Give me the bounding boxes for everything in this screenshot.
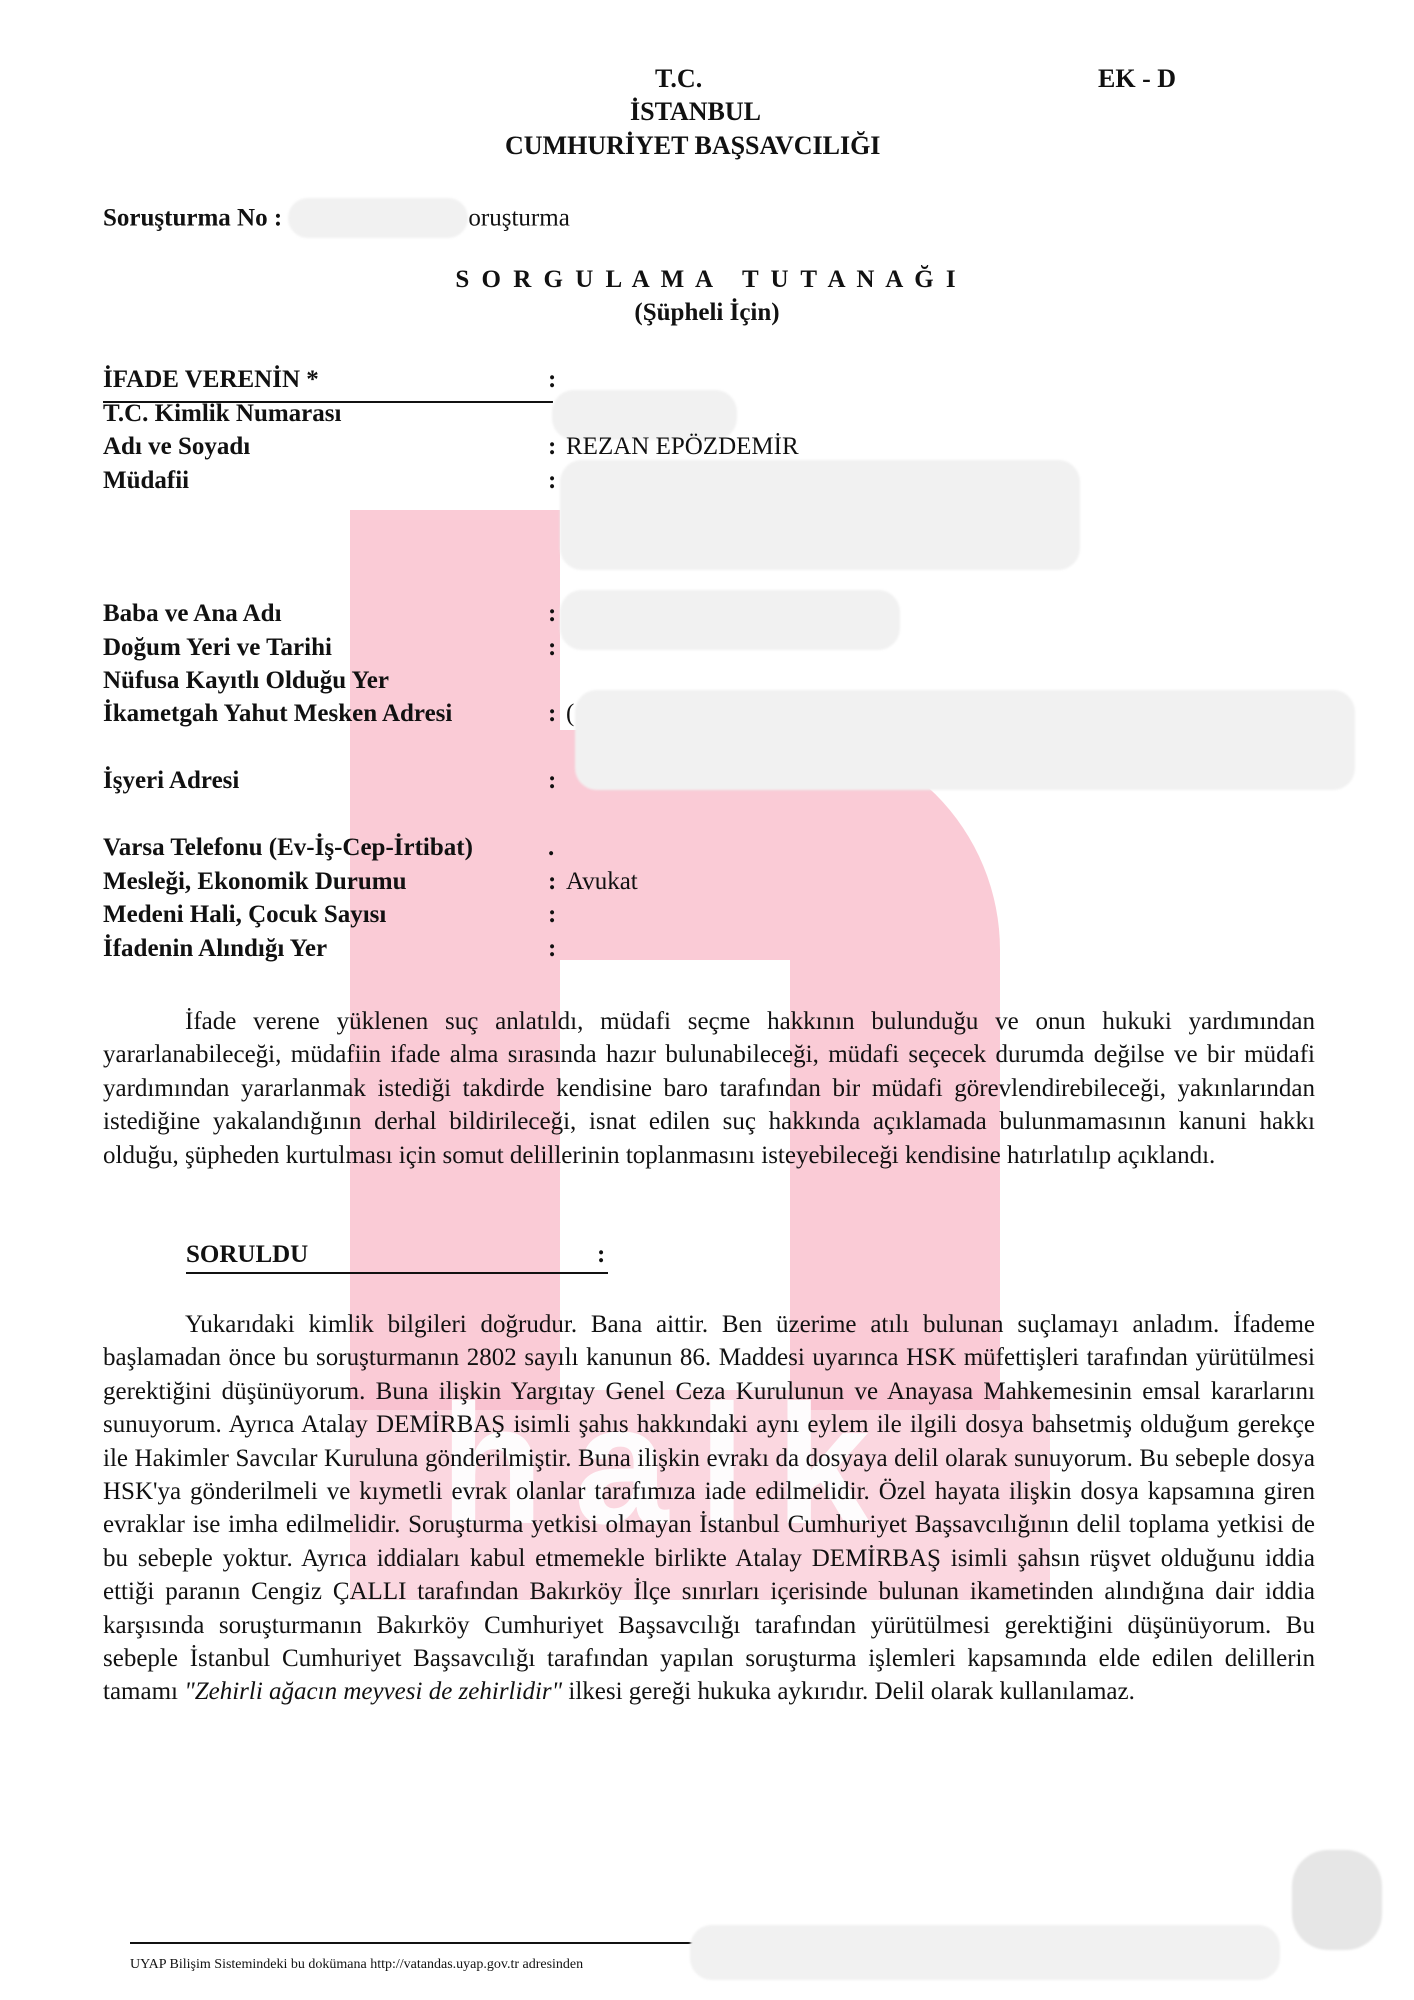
- asked-label: SORULDU: [186, 1241, 308, 1269]
- field-sep-statement-giver: :: [548, 366, 556, 394]
- header-office: CUMHURİYET BAŞSAVCILIĞI: [505, 131, 880, 161]
- field-label-defense-counsel: Müdafii: [103, 467, 189, 495]
- document-title: S O R G U L A M A T U T A N A Ğ I: [0, 266, 1414, 294]
- asked-sep: :: [597, 1241, 605, 1269]
- field-label-statement-place: İfadenin Alındığı Yer: [103, 935, 327, 963]
- field-label-parents: Baba ve Ana Adı: [103, 600, 282, 628]
- field-label-statement-giver: İFADE VERENİN *: [103, 366, 319, 394]
- field-sep-name: :: [548, 433, 556, 461]
- investigation-label: Soruşturma No :: [103, 205, 282, 232]
- redacted-corner-mark: [1292, 1850, 1382, 1950]
- statement-quote: "Zehirli ağacın meyvesi de zehirlidir": [184, 1678, 562, 1705]
- field-value-occupation: Avukat: [566, 868, 638, 896]
- redacted-footer: [690, 1925, 1280, 1980]
- redacted-investigation-no: [288, 198, 468, 238]
- field-label-workplace: İşyeri Adresi: [103, 767, 239, 795]
- footer-text: UYAP Bilişim Sistemindeki bu dokümana ht…: [130, 1957, 583, 1973]
- field-label-residence: İkametgah Yahut Mesken Adresi: [103, 700, 452, 728]
- asked-underline: [186, 1272, 608, 1274]
- statement-text: Yukarıdaki kimlik bilgileri doğrudur. Ba…: [103, 1311, 1315, 1705]
- field-sep-parents: :: [548, 600, 556, 628]
- field-sep-phone: .: [548, 834, 554, 862]
- annex-label: EK - D: [1098, 64, 1176, 94]
- field-sep-residence: :: [548, 700, 556, 728]
- statement-ending: ilkesi gereği hukuka aykırıdır. Delil ol…: [568, 1678, 1135, 1705]
- redacted-personal-info: [560, 590, 900, 650]
- field-sep-marital: :: [548, 901, 556, 929]
- field-label-birth: Doğum Yeri ve Tarihi: [103, 634, 332, 662]
- document-subtitle: (Şüpheli İçin): [0, 299, 1414, 327]
- field-label-occupation: Mesleği, Ekonomik Durumu: [103, 868, 407, 896]
- header-city: İSTANBUL: [630, 97, 761, 127]
- field-label-tc-id: T.C. Kimlik Numarası: [103, 400, 341, 428]
- statement-paragraph: Yukarıdaki kimlik bilgileri doğrudur. Ba…: [103, 1308, 1315, 1709]
- redacted-defense-counsel: [560, 460, 1080, 570]
- rights-paragraph: İfade verene yüklenen suç anlatıldı, müd…: [103, 1005, 1315, 1172]
- field-label-phone: Varsa Telefonu (Ev-İş-Cep-İrtibat): [103, 834, 473, 862]
- investigation-suffix: oruşturma: [468, 205, 569, 232]
- field-value-name: REZAN EPÖZDEMİR: [566, 433, 799, 461]
- redacted-address: [575, 690, 1355, 790]
- field-sep-occupation: :: [548, 868, 556, 896]
- field-label-marital: Medeni Hali, Çocuk Sayısı: [103, 901, 386, 929]
- field-sep-defense-counsel: :: [548, 467, 556, 495]
- field-sep-workplace: :: [548, 767, 556, 795]
- field-value-residence: (: [566, 700, 574, 728]
- watermark-h-stem: [350, 510, 560, 1410]
- header-tc: T.C.: [655, 64, 702, 94]
- investigation-number: Soruşturma No : oruşturma: [103, 200, 570, 240]
- field-label-registry: Nüfusa Kayıtlı Olduğu Yer: [103, 667, 389, 695]
- field-sep-statement-place: :: [548, 935, 556, 963]
- field-label-name: Adı ve Soyadı: [103, 433, 250, 461]
- field-sep-birth: :: [548, 634, 556, 662]
